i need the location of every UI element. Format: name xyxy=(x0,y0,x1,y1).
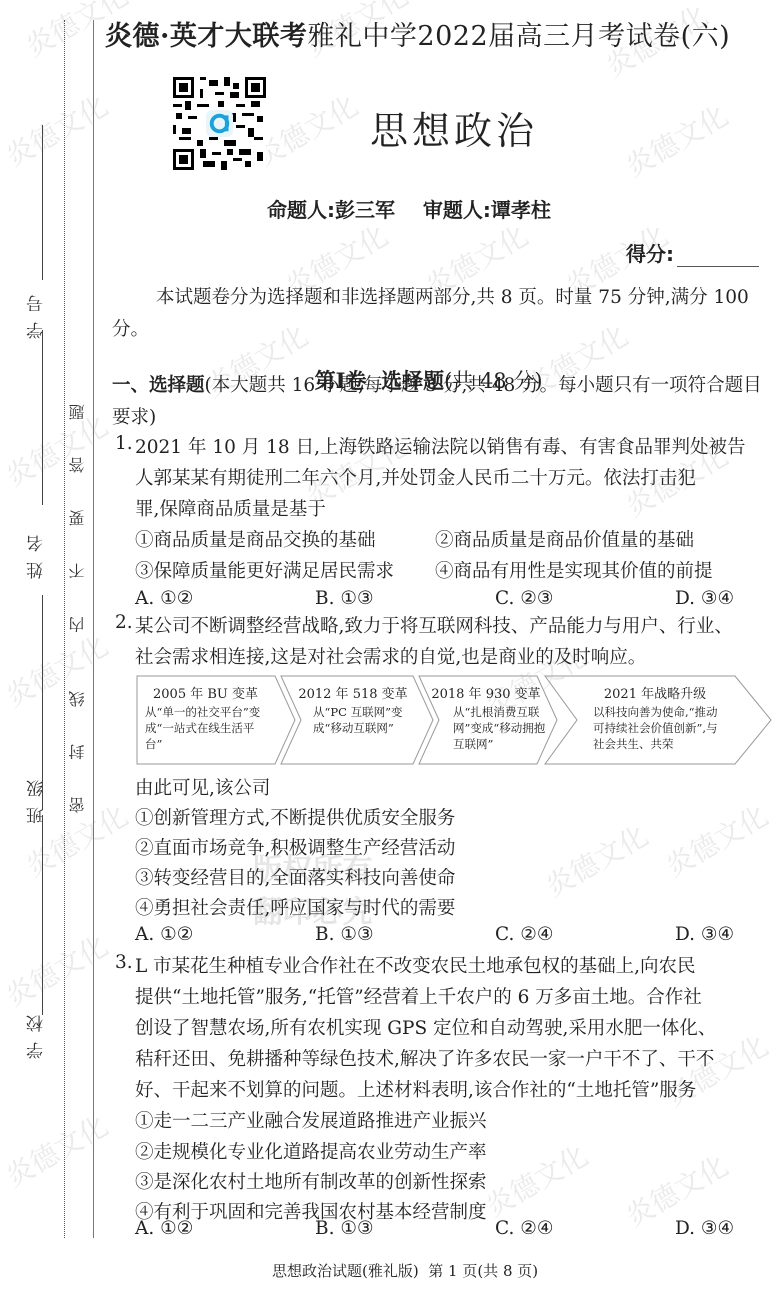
statement: ①创新管理方式,不断提供优质安全服务 xyxy=(135,804,455,830)
question-number: 2. xyxy=(115,612,133,633)
question-stem-line: 秸秆还田、免耕播种等绿色技术,解决了许多农民一家一户干不了、干不 xyxy=(135,1045,714,1071)
statement: ①走一二三产业融合发展道路推进产业振兴 xyxy=(135,1107,487,1133)
name-blank[interactable] xyxy=(42,330,43,505)
statement: ③保障质量能更好满足居民需求 xyxy=(135,557,394,583)
brand-name: 炎德·英才大联考 xyxy=(105,21,307,52)
timeline-step-text: 从“PC 互联网”变成“移动互联网” xyxy=(313,704,413,736)
dotted-cut-line xyxy=(64,20,65,1238)
watermark-text: 炎德文化 xyxy=(0,1105,115,1196)
margin-border-line xyxy=(93,20,94,1238)
question-stem-line: 好、干起来不划算的问题。上述材料表明,该合作社的“土地托管”服务 xyxy=(135,1076,696,1102)
subject-title: 思想政治 xyxy=(370,100,538,155)
statement: ④商品有用性是实现其价值的前提 xyxy=(435,557,713,583)
watermark-text: 炎德文化 xyxy=(618,95,735,186)
seal-warning-lower: 密 封 线 xyxy=(66,675,89,813)
timeline-step-title: 2018 年 930 变革 xyxy=(431,683,541,702)
question-stem-line: 某公司不断调整经营战略,致力于将互联网科技、产品能力与用户、行业、 xyxy=(135,612,733,638)
watermark-text: 炎德文化 xyxy=(538,815,655,906)
timeline-step-text: 从“扎根消费互联网”变成“移动拥抱互联网” xyxy=(453,704,549,752)
statement: ②走规模化专业化道路提高农业劳动生产率 xyxy=(135,1138,487,1164)
option-b[interactable]: B. ①③ xyxy=(315,1218,374,1239)
exam-name: 雅礼中学2022届高三月考试卷(六) xyxy=(307,21,730,52)
question-stem-line: 创设了智慧农场,所有农机实现 GPS 定位和自动驾驶,采用水肥一体化、 xyxy=(135,1014,716,1040)
copyright-stamp: 版权所有 翻印必究 xyxy=(230,850,395,934)
question-stem-line: 2021 年 10 月 18 日,上海铁路运输法院以销售有毒、有害食品罪判处被告 xyxy=(135,433,745,459)
question-number: 1. xyxy=(115,433,133,454)
part-instructions: 一、选择题(本大题共 16 小题,每小题 3 分,共 48 分。每小题只有一项符… xyxy=(112,370,764,434)
statement: ④勇担社会责任,呼应国家与时代的需要 xyxy=(135,894,455,920)
strategy-timeline-diagram: 2005 年 BU 变革 从“单一的社交平台”变成“一站式在线生活平台” 201… xyxy=(135,674,775,766)
option-c[interactable]: C. ②④ xyxy=(495,924,553,945)
school-blank[interactable] xyxy=(42,815,43,1015)
statement: ③是深化农村土地所有制改革的创新性探索 xyxy=(135,1168,487,1194)
option-c[interactable]: C. ②④ xyxy=(495,1218,553,1239)
statement: ②商品质量是商品价值量的基础 xyxy=(435,526,694,552)
part-label: 一、选择题 xyxy=(112,375,205,396)
score-blank[interactable] xyxy=(677,246,759,267)
option-d[interactable]: D. ③④ xyxy=(675,924,734,945)
watermark-text: 炎德文化 xyxy=(0,85,115,176)
intro-text: 本试题卷分为选择题和非选择题两部分,共 8 页。时量 75 分钟,满分 100 … xyxy=(112,282,764,346)
statement: ③转变经营目的,全面落实科技向善使命 xyxy=(135,864,455,890)
part-instructions-text: (本大题共 16 小题,每小题 3 分,共 48 分。每小题只有一项符合题目要求… xyxy=(112,375,762,428)
statement: ②直面市场竞争,积极调整生产经营活动 xyxy=(135,834,455,860)
question-stem-line: 提供“土地托管”服务,“托管”经营着上千农户的 6 万多亩土地。合作社 xyxy=(135,983,702,1009)
question-lead: 由此可见,该公司 xyxy=(135,774,270,800)
option-a[interactable]: A. ①② xyxy=(135,1218,193,1239)
school-label: 学校 xyxy=(24,1005,49,1059)
watermark-text: 炎德文化 xyxy=(0,405,115,496)
option-a[interactable]: A. ①② xyxy=(135,924,193,945)
name-label: 姓名 xyxy=(24,525,49,579)
option-b[interactable]: B. ①③ xyxy=(315,924,374,945)
question-stem-line: 人郭某某有期徒刑二年六个月,并处罚金人民币二十万元。依法打击犯 xyxy=(135,464,696,490)
qr-code[interactable] xyxy=(173,77,266,170)
question-stem-line: 社会需求相连接,这是对社会需求的自觉,也是商业的及时响应。 xyxy=(135,643,646,669)
option-d[interactable]: D. ③④ xyxy=(675,588,734,609)
question-stem-line: L 市某花生种植专业合作社在不改变农民土地承包权的基础上,向农民 xyxy=(135,952,696,978)
student-id-label: 学号 xyxy=(24,285,49,339)
question-number: 3. xyxy=(115,952,133,973)
watermark-text: 炎德文化 xyxy=(0,925,115,1016)
question-stem-line: 罪,保障商品质量是基于 xyxy=(135,495,326,521)
authors-line: 命题人:彭三军 审题人:谭孝柱 xyxy=(267,194,551,223)
option-a[interactable]: A. ①② xyxy=(135,588,193,609)
class-label: 班级 xyxy=(24,770,49,824)
seal-warning-upper: 内 不 要 答 题 xyxy=(66,388,89,632)
option-b[interactable]: B. ①③ xyxy=(315,588,374,609)
timeline-step-text: 从“单一的社交平台”变成“一站式在线生活平台” xyxy=(145,704,263,752)
page-footer: 思想政治试题(雅礼版) 第 1 页(共 8 页) xyxy=(272,1260,538,1281)
watermark-text: 炎德文化 xyxy=(658,795,775,886)
timeline-step-text: 以科技向善为使命,“推动可持续社会价值创新”,与社会共生、共荣 xyxy=(593,704,728,752)
timeline-step-title: 2021 年战略升级 xyxy=(575,683,735,702)
qr-code-icon xyxy=(173,77,266,170)
watermark-text: 炎德文化 xyxy=(0,625,115,716)
timeline-step-title: 2012 年 518 变革 xyxy=(293,683,413,702)
statement: ①商品质量是商品交换的基础 xyxy=(135,526,376,552)
option-d[interactable]: D. ③④ xyxy=(675,1218,734,1239)
exam-title: 炎德·英才大联考雅礼中学2022届高三月考试卷(六) xyxy=(105,14,775,53)
watermark-text: 炎德文化 xyxy=(478,1135,595,1226)
student-id-blank[interactable] xyxy=(42,125,43,280)
score-field: 得分: xyxy=(626,238,759,267)
timeline-step-title: 2005 年 BU 变革 xyxy=(143,683,268,702)
score-label: 得分: xyxy=(626,242,674,266)
option-c[interactable]: C. ②③ xyxy=(495,588,553,609)
